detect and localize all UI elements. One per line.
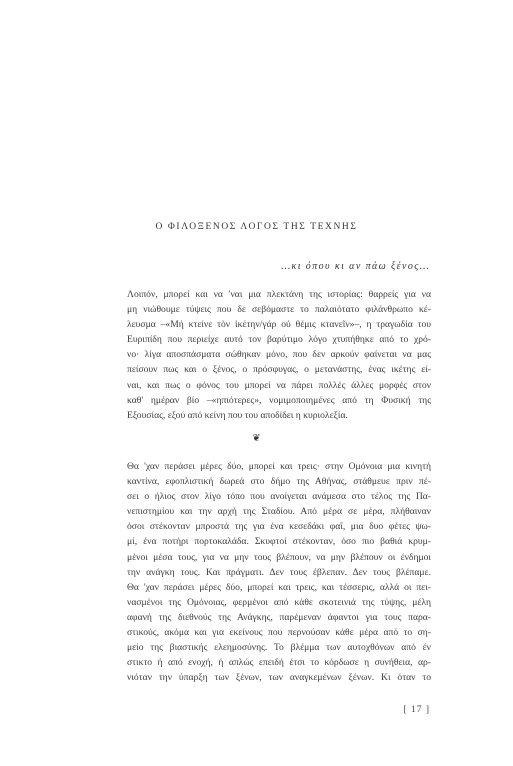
text-line: στικούς, ακόμα και για εκείνους που περν…: [127, 625, 431, 640]
text-line: καθ' ημέραν βίο –«ηπιότερες», νομιμοποιη…: [127, 393, 431, 408]
text-line: μί, ένα ποτήρι πορτοκαλάδα. Σκυφτοί στέκ…: [127, 534, 431, 549]
text-line: μη νιώθουμε τύψεις που δε σεβόμαστε το π…: [127, 302, 431, 317]
text-line: μένοι μέσα τους, για να μην τους βλέπουν…: [127, 550, 431, 565]
text-line: μείο της βιαστικής ελεημοσύνης. Το βλέμμ…: [127, 640, 431, 655]
text-line: στικτο ή από ενοχή, ή απλώς επειδή έτσι …: [127, 655, 431, 670]
epigraph: …κι όπου κι αν πάω ξένος…: [281, 261, 430, 272]
text-line: την ανάγκη τους. Και πράγματι. Δεν τους …: [127, 565, 431, 580]
page-title: Ο ΦΙΛΟΞΕΝΟΣ ΛΟΓΟΣ ΤΗΣ ΤΕΧΝΗΣ: [0, 222, 513, 232]
text-line: Λοιπόν, μπορεί και να 'ναι μια πλεκτάνη …: [127, 287, 431, 302]
text-line: σει ο ήλιος στον λίγο τόπο που ανοίγεται…: [127, 489, 431, 504]
text-line: Θα 'χαν περάσει μέρες δύο, μπορεί και τρ…: [127, 459, 431, 474]
text-line: όσοι στέκονταν μπροστά της για ένα κεσεδ…: [127, 519, 431, 534]
text-line: Θα 'χαν περάσει μέρες δύο, μπορεί και τρ…: [127, 580, 431, 595]
page-number: [ 17 ]: [403, 705, 430, 715]
text-line: Εξουσίας, εξού από κείνη που του αποδίδε…: [127, 408, 431, 423]
text-line: νο· λίγα αποσπάσματα σώθηκαν μόνο, που δ…: [127, 347, 431, 362]
text-line: ναι, και πως ο φόνος του μπορεί να πάρει…: [127, 378, 431, 393]
document-page: Ο ΦΙΛΟΞΕΝΟΣ ΛΟΓΟΣ ΤΗΣ ΤΕΧΝΗΣ …κι όπου κι…: [0, 0, 513, 766]
text-line: νιόταν την ύπαρξη των ξένων, των αναγκεμ…: [127, 670, 431, 685]
section-ornament-icon: ❦: [0, 433, 513, 444]
text-line: αφανή της διεθνούς της Ανάγκης, παρέμενα…: [127, 610, 431, 625]
text-line: καντίνα, εφοπλιστική δωρεά στο δήμο της …: [127, 474, 431, 489]
text-line: Ευριπίδη που περιείχε αυτό τον βαρύτιμο …: [127, 332, 431, 347]
text-line: πείσουν πως και ο ξένος, ο πρόσφυγας, ο …: [127, 362, 431, 377]
text-line: νασμένοι της Ομόνοιας, φερμένοι από κάθε…: [127, 595, 431, 610]
paragraph-1: Λοιπόν, μπορεί και να 'ναι μια πλεκτάνη …: [127, 287, 431, 423]
paragraph-2: Θα 'χαν περάσει μέρες δύο, μπορεί και τρ…: [127, 459, 431, 685]
text-line: νεπιστημίου και την αρχή της Σταδίου. Απ…: [127, 504, 431, 519]
text-line: λευσμα –«Μή κτείνε τὸν ἱκέτην/γάρ οὐ θέμ…: [127, 317, 431, 332]
